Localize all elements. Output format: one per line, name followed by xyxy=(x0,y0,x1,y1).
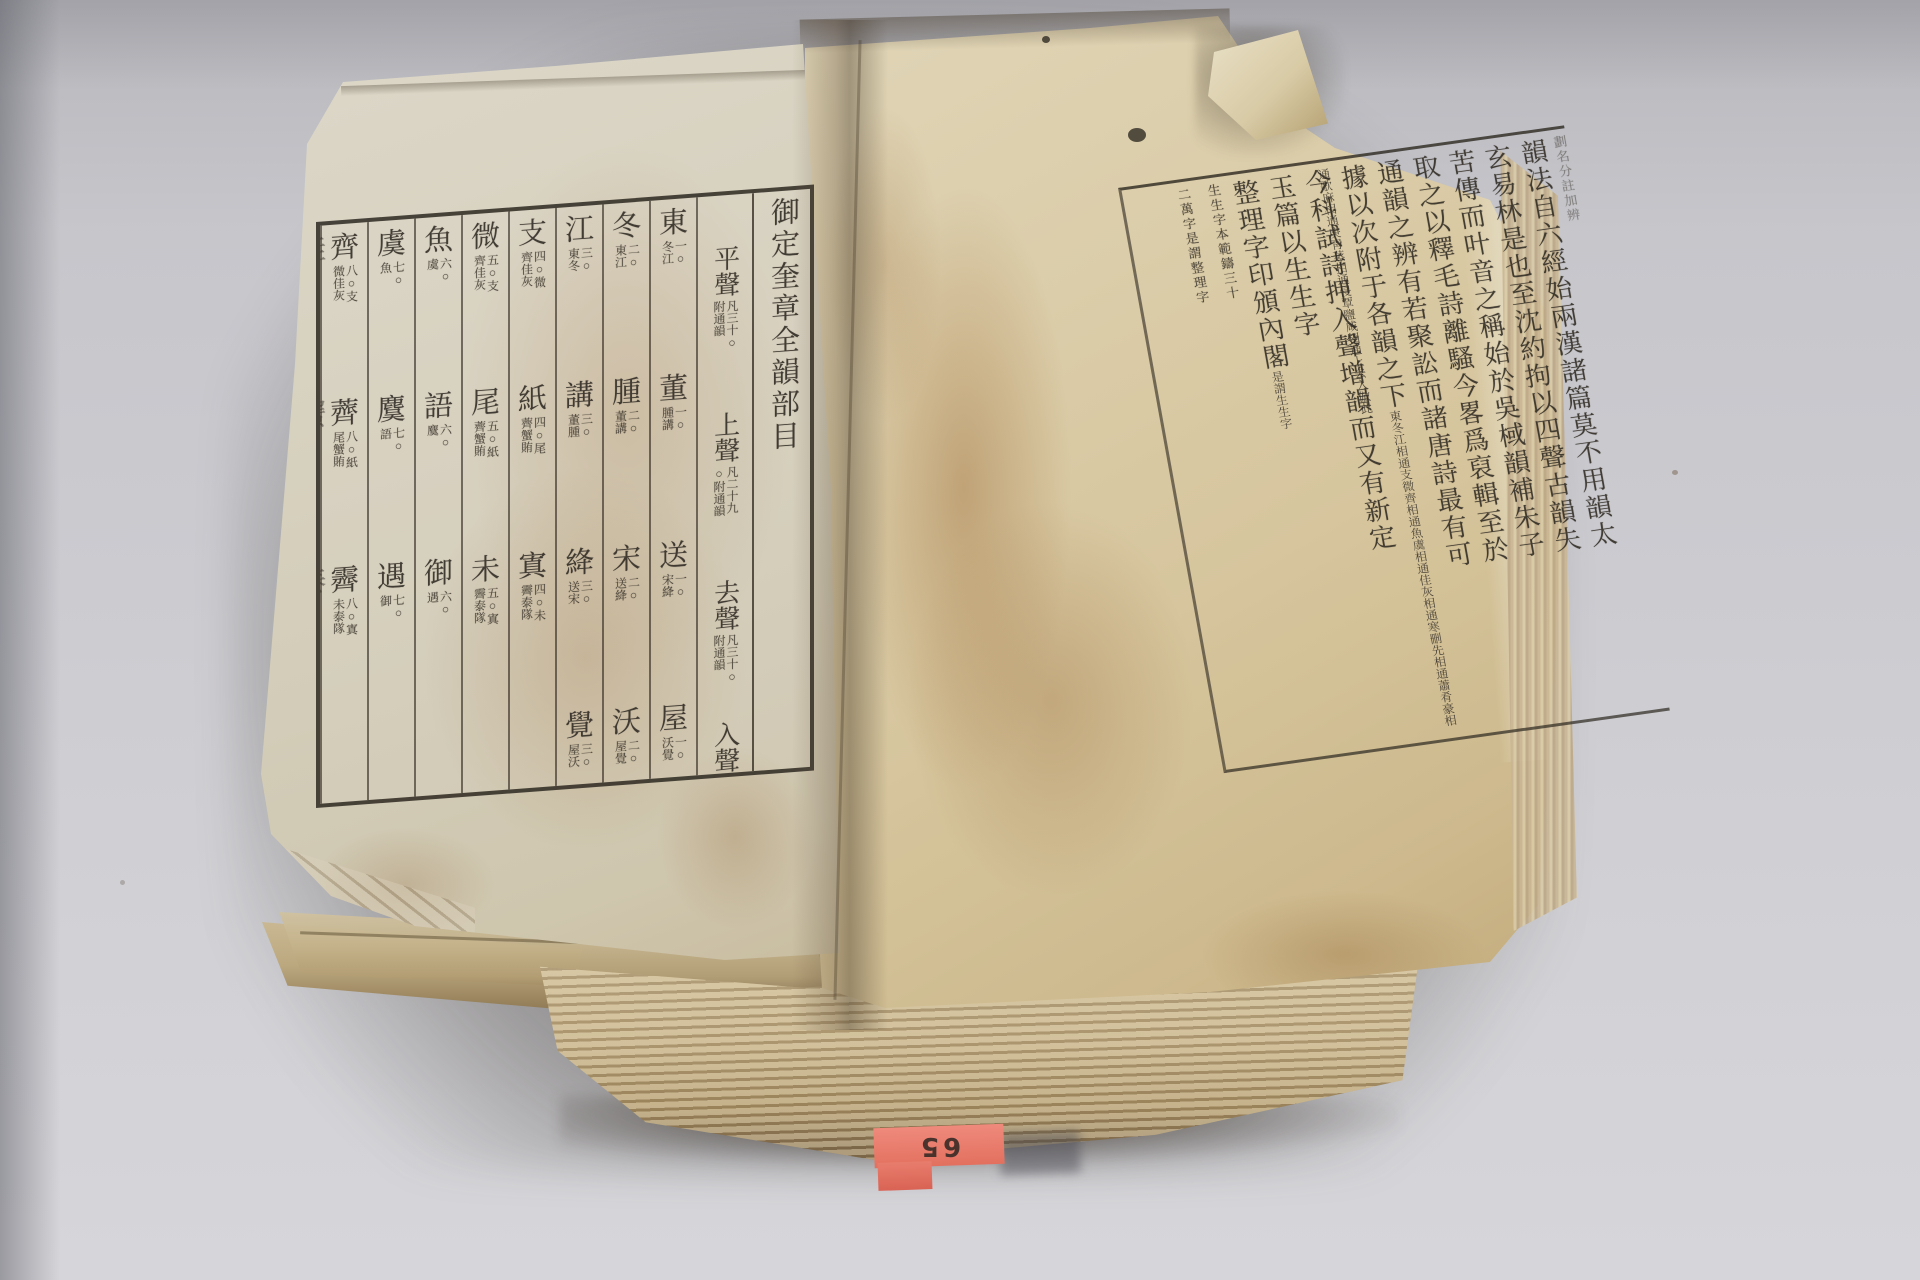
background-shadow-left xyxy=(0,0,60,1280)
sticky-note-label: 65 xyxy=(917,1131,961,1161)
rhyme-entry: 尾五○紙薺蟹賄 xyxy=(463,388,508,466)
rhyme-entry: 霽八○寘未泰隊 xyxy=(322,565,367,643)
rhyme-entry: 麌七○語 xyxy=(369,395,414,459)
rhyme-entry: 講三○董腫 xyxy=(557,380,602,444)
rhyme-entry-partial: 泰 xyxy=(316,569,320,599)
book-gutter-shadow xyxy=(792,20,888,1030)
rhyme-column: 齊八○支微佳灰薺八○紙尾蟹賄霽八○寘未泰隊 xyxy=(320,222,367,804)
rhyme-entry: 宋二○送絳 xyxy=(604,544,649,608)
rhyme-table: 御定奎章全韻部目平聲凡三十○附通韻上聲凡二十九○附通韻去聲凡三十○附通韻入聲凡十… xyxy=(316,185,814,808)
rhyme-column: 微五○支齊佳灰尾五○紙薺蟹賄未五○寘霽泰隊 xyxy=(461,212,508,794)
ink-stain xyxy=(1128,128,1146,142)
rhyme-entry: 冬二○東江 xyxy=(604,211,649,275)
rhyme-column: 魚六○虞語六○麌御六○遇 xyxy=(414,215,461,797)
dust-speck xyxy=(120,880,125,885)
rhyme-column: 支四○微齊佳灰紙四○尾薺蟹賄寘四○未霽泰隊 xyxy=(508,208,555,790)
rhyme-entry: 遇七○御 xyxy=(369,562,414,626)
rhyme-entry: 薺八○紙尾蟹賄 xyxy=(322,398,367,476)
rhyme-entry: 御六○遇 xyxy=(416,558,461,622)
rhyme-entry: 魚六○虞 xyxy=(416,225,461,289)
sticky-note-shadow xyxy=(999,1131,1080,1176)
rhyme-column: 東一○冬江董一○腫講送一○宋絳屋一○沃覺 xyxy=(649,197,696,779)
ink-speck xyxy=(1042,36,1050,43)
rhyme-entry: 虞七○魚 xyxy=(369,229,414,293)
rhyme-entry: 紙四○尾薺蟹賄 xyxy=(510,384,555,462)
rhyme-entry-partial: 蟹 xyxy=(316,402,320,432)
tone-header: 上聲凡二十九○附通韻 xyxy=(698,409,752,524)
rhyme-entry: 東一○冬江 xyxy=(651,207,696,271)
dust-speck xyxy=(1672,470,1678,475)
rhyme-entry: 絳三○送宋 xyxy=(557,547,602,611)
rhyme-entry: 未五○寘霽泰隊 xyxy=(463,555,508,633)
rhyme-entry: 語六○麌 xyxy=(416,391,461,455)
rhyme-entry: 江三○東冬 xyxy=(557,214,602,278)
rhyme-entry: 寘四○未霽泰隊 xyxy=(510,551,555,629)
rhyme-entry: 腫二○董講 xyxy=(604,377,649,441)
sticky-note-tab-lower[interactable] xyxy=(878,1161,933,1191)
rhyme-entry-partial: 佳 xyxy=(316,236,320,266)
rhyme-entry: 齊八○支微佳灰 xyxy=(322,232,367,310)
tone-header: 去聲凡三十○附通韻 xyxy=(698,577,752,692)
rhyme-entry: 微五○支齊佳灰 xyxy=(463,222,508,300)
rhyme-entry: 屋一○沃覺 xyxy=(651,703,696,767)
tone-header-column: 平聲凡三十○附通韻上聲凡二十九○附通韻去聲凡三十○附通韻入聲凡十七○附通韻 xyxy=(696,193,752,775)
rhyme-entry: 送一○宋絳 xyxy=(651,540,696,604)
rhyme-column: 江三○東冬講三○董腫絳三○送宋覺三○屋沃 xyxy=(555,204,602,786)
rhyme-entry: 董一○腫講 xyxy=(651,373,696,437)
rhyme-column: 冬二○東江腫二○董講宋二○送絳沃二○屋覺 xyxy=(602,201,649,783)
rhyme-column: 虞七○魚麌七○語遇七○御 xyxy=(367,219,414,801)
rhyme-entry: 沃二○屋覺 xyxy=(604,707,649,771)
photo-of-open-antique-book: 劃名分註加辨韻法自六經始兩漢諸篇莫不用韻太玄易林是也至沈約拘以四聲古韻失苦傳而叶… xyxy=(0,0,1920,1280)
partial-rhyme-column: 佳蟹泰 xyxy=(316,226,320,805)
interlinear-notes: 是謂生生字 xyxy=(1269,370,1294,430)
rhyme-entry: 支四○微齊佳灰 xyxy=(510,218,555,296)
tone-header: 平聲凡三十○附通韻 xyxy=(698,243,752,358)
rhyme-entry: 覺三○屋沃 xyxy=(557,710,602,774)
